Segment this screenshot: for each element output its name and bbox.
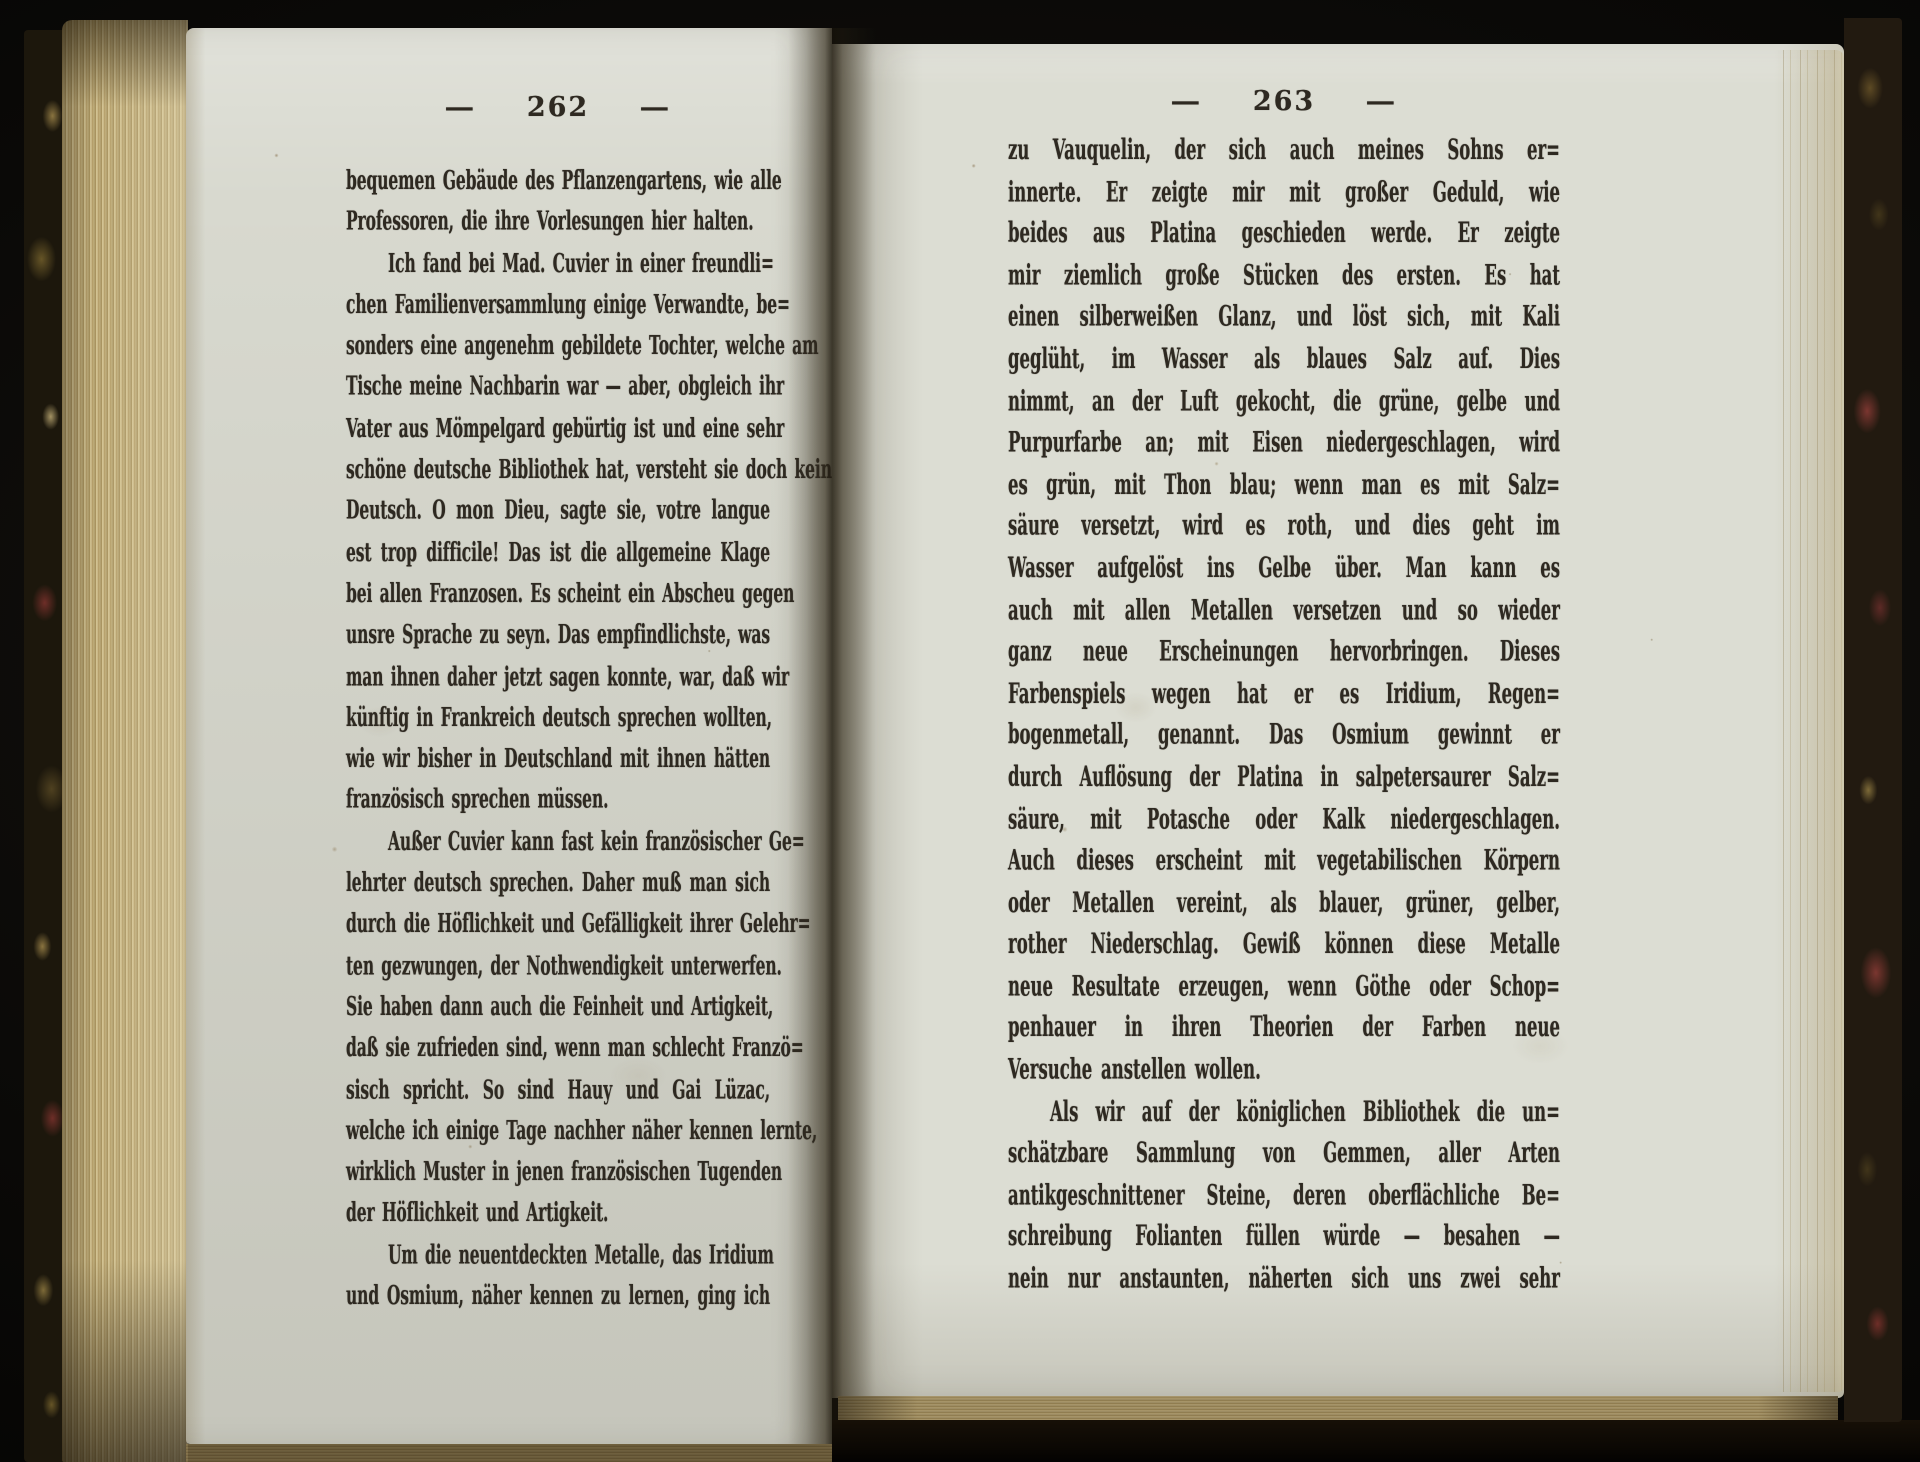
text-line: lehrter deutsch sprechen. Daher muß man … — [346, 862, 770, 903]
header-rule-right: — — [640, 92, 672, 123]
right-page-text: zu Vauquelin, der sich auch meines Sohns… — [1008, 130, 1560, 1301]
text-line: mir ziemlich große Stücken des ersten. E… — [1008, 255, 1560, 297]
book-bottom-corner-right — [832, 1420, 1920, 1462]
text-line: unsre Sprache zu seyn. Das empfindlichst… — [346, 614, 770, 655]
text-line: und Osmium, näher kennen zu lernen, ging… — [346, 1275, 770, 1316]
page-bottom-edges-left — [186, 1444, 832, 1462]
text-line: ten gezwungen, der Nothwendigkeit unterw… — [346, 945, 770, 986]
text-line: Ich fand bei Mad. Cuvier in einer freund… — [346, 243, 770, 284]
text-line: Versuche anstellen wollen. — [1008, 1050, 1560, 1092]
text-line: nimmt, an der Luft gekocht, die grüne, g… — [1008, 381, 1560, 423]
text-line: chen Familienversammlung einige Verwandt… — [346, 284, 770, 325]
page-bottom-edges-right — [838, 1396, 1838, 1422]
text-line: oder Metallen vereint, als blauer, grüne… — [1008, 883, 1560, 925]
text-line: innerte. Er zeigte mir mit großer Geduld… — [1008, 172, 1560, 214]
text-line: wirklich Muster in jenen französischen T… — [346, 1151, 770, 1192]
left-page: — 262 — bequemen Gebäude des Pflanzengar… — [186, 28, 832, 1444]
text-line: bogenmetall, genannt. Das Osmium gewinnt… — [1008, 715, 1560, 757]
header-rule-right: — — [1366, 86, 1398, 117]
left-page-text: bequemen Gebäude des Pflanzengartens, wi… — [346, 160, 770, 1317]
text-line: rother Niederschlag. Gewiß können diese … — [1008, 924, 1560, 966]
text-line: beides aus Platina geschieden werde. Er … — [1008, 214, 1560, 256]
text-line: ganz neue Erscheinungen hervorbringen. D… — [1008, 632, 1560, 674]
text-line: Purpurfarbe an; mit Eisen niedergeschlag… — [1008, 423, 1560, 465]
text-line: man ihnen daher jetzt sagen konnte, war,… — [346, 656, 770, 697]
header-rule-left: — — [444, 92, 476, 123]
text-line: schöne deutsche Bibliothek hat, versteht… — [346, 449, 770, 490]
header-rule-left: — — [1170, 86, 1202, 117]
text-line: bequemen Gebäude des Pflanzengartens, wi… — [346, 160, 770, 201]
text-line: Deutsch. O mon Dieu, sagte sie, votre la… — [346, 490, 770, 531]
text-line: auch mit allen Metallen versetzen und so… — [1008, 590, 1560, 632]
text-line: durch Auflösung der Platina in salpeters… — [1008, 757, 1560, 799]
text-line: säure versetzt, wird es roth, und dies g… — [1008, 506, 1560, 548]
text-line: penhauer in ihren Theorien der Farben ne… — [1008, 1008, 1560, 1050]
text-line: der Höflichkeit und Artigkeit. — [346, 1193, 770, 1234]
text-line: daß sie zufrieden sind, wenn man schlech… — [346, 1027, 770, 1068]
text-line: welche ich einige Tage nachher näher ken… — [346, 1110, 770, 1151]
text-line: Auch dieses erscheint mit vegetabilische… — [1008, 841, 1560, 883]
text-line: künftig in Frankreich deutsch sprechen w… — [346, 697, 770, 738]
text-line: geglüht, im Wasser als blaues Salz auf. … — [1008, 339, 1560, 381]
text-line: wie wir bisher in Deutschland mit ihnen … — [346, 738, 770, 779]
text-line: es grün, mit Thon blau; wenn man es mit … — [1008, 464, 1560, 506]
text-line: sisch spricht. So sind Hauy und Gai Lüza… — [346, 1069, 770, 1110]
text-line: französisch sprechen müssen. — [346, 780, 770, 821]
text-line: Um die neuentdeckten Metalle, das Iridiu… — [346, 1234, 770, 1275]
page-edges-right — [1774, 50, 1844, 1392]
text-line: schreibung Folianten füllen würde — besa… — [1008, 1217, 1560, 1259]
left-page-number: 262 — [527, 92, 589, 123]
text-line: Vater aus Mömpelgard gebürtig ist und ei… — [346, 408, 770, 449]
text-line: nein nur anstaunten, näherten sich uns z… — [1008, 1259, 1560, 1301]
text-line: bei allen Franzosen. Es scheint ein Absc… — [346, 573, 770, 614]
right-page: — 263 — zu Vauquelin, der sich auch mein… — [832, 44, 1844, 1398]
left-page-header: — 262 — — [346, 92, 770, 123]
photo-background: — 262 — bequemen Gebäude des Pflanzengar… — [0, 0, 1920, 1462]
text-line: neue Resultate erzeugen, wenn Göthe oder… — [1008, 966, 1560, 1008]
text-line: einen silberweißen Glanz, und löst sich,… — [1008, 297, 1560, 339]
text-line: Farbenspiels wegen hat er es Iridium, Re… — [1008, 674, 1560, 716]
right-page-header: — 263 — — [1008, 86, 1560, 117]
marbled-cover-right — [1844, 18, 1902, 1422]
text-line: Außer Cuvier kann fast kein französische… — [346, 821, 770, 862]
text-line: zu Vauquelin, der sich auch meines Sohns… — [1008, 130, 1560, 172]
text-line: Professoren, die ihre Vorlesungen hier h… — [346, 201, 770, 242]
text-line: est trop difficile! Das ist die allgemei… — [346, 532, 770, 573]
text-line: Sie haben dann auch die Feinheit und Art… — [346, 986, 770, 1027]
right-page-number: 263 — [1253, 86, 1315, 117]
text-line: antikgeschnittener Steine, deren oberflä… — [1008, 1175, 1560, 1217]
text-line: Wasser aufgelöst ins Gelbe über. Man kan… — [1008, 548, 1560, 590]
text-line: Als wir auf der königlichen Bibliothek d… — [1008, 1092, 1560, 1134]
text-line: durch die Höflichkeit und Gefälligkeit i… — [346, 903, 770, 944]
text-line: säure, mit Potasche oder Kalk niedergesc… — [1008, 799, 1560, 841]
text-line: Tische meine Nachbarin war — aber, obgle… — [346, 367, 770, 408]
text-line: sonders eine angenehm gebildete Tochter,… — [346, 325, 770, 366]
text-line: schätzbare Sammlung von Gemmen, aller Ar… — [1008, 1133, 1560, 1175]
page-edges-left — [62, 20, 188, 1462]
